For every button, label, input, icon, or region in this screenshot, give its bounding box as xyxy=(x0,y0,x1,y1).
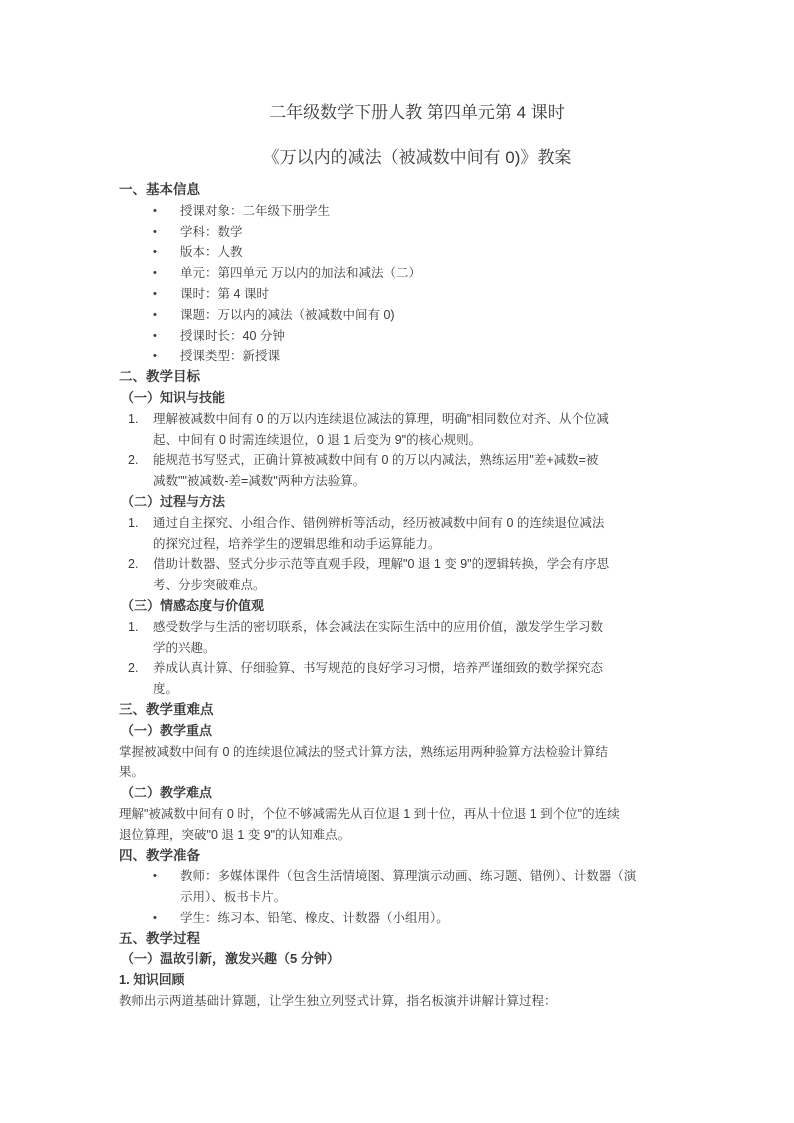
step-title-knowledge-review: 1. 知识回顾 xyxy=(119,970,717,991)
item-number: 2. xyxy=(128,450,153,471)
numbered-item-text: 养成认真计算、仔细验算、书写规范的良好学习习惯，培养严谨细致的数学探究态 度。 xyxy=(153,658,717,700)
item-number: 1. xyxy=(128,617,153,638)
list-item-text: 授课时长：40 分钟 xyxy=(180,326,717,347)
bullet-icon: • xyxy=(153,284,180,305)
list-item-text: 学科：数学 xyxy=(180,222,717,243)
numbered-item: 1. 通过自主探究、小组合作、错例辨析等活动，经历被减数中间有 0 的连续退位减… xyxy=(119,513,717,555)
list-item: • 学科：数学 xyxy=(119,222,717,243)
bullet-icon: • xyxy=(153,201,180,222)
numbered-item-text: 通过自主探究、小组合作、错例辨析等活动，经历被减数中间有 0 的连续退位减法 的… xyxy=(153,513,717,555)
subsection-heading-key-point: （一）教学重点 xyxy=(121,721,717,742)
list-item: • 教师：多媒体课件（包含生活情境图、算理演示动画、练习题、错例）、计数器（演 … xyxy=(119,866,717,908)
list-item: • 授课对象：二年级下册学生 xyxy=(119,201,717,222)
numbered-item-text: 理解被减数中间有 0 的万以内连续退位减法的算理，明确"相同数位对齐、从个位减 … xyxy=(153,409,717,451)
document-page: 二年级数学下册人教 第四单元第 4 课时 《万以内的减法（被减数中间有 0)》教… xyxy=(0,0,794,1123)
doc-title-line1: 二年级数学下册人教 第四单元第 4 课时 xyxy=(97,90,737,135)
knowledge-review-paragraph: 教师出示两道基础计算题，让学生独立列竖式计算，指名板演并讲解计算过程： xyxy=(119,991,717,1012)
numbered-item: 2. 养成认真计算、仔细验算、书写规范的良好学习习惯，培养严谨细致的数学探究态 … xyxy=(119,658,717,700)
list-item: • 课时：第 4 课时 xyxy=(119,284,717,305)
basic-info-list: • 授课对象：二年级下册学生 • 学科：数学 • 版本：人教 • 单元：第四单元… xyxy=(119,201,717,367)
process-methods-list: 1. 通过自主探究、小组合作、错例辨析等活动，经历被减数中间有 0 的连续退位减… xyxy=(119,513,717,596)
list-item: • 单元：第四单元 万以内的加法和减法（二） xyxy=(119,263,717,284)
bullet-icon: • xyxy=(153,326,180,347)
numbered-item: 2. 能规范书写竖式，正确计算被减数中间有 0 的万以内减法，熟练运用"差+减数… xyxy=(119,450,717,492)
item-number: 2. xyxy=(128,554,153,575)
subsection-heading-review-intro: （一）温故引新，激发兴趣（5 分钟） xyxy=(121,949,717,970)
list-item: • 版本：人教 xyxy=(119,242,717,263)
item-number: 2. xyxy=(128,658,153,679)
numbered-item-text: 借助计数器、竖式分步示范等直观手段，理解"0 退 1 变 9"的逻辑转换，学会有… xyxy=(153,554,717,596)
list-item-text: 单元：第四单元 万以内的加法和减法（二） xyxy=(180,263,717,284)
bullet-icon: • xyxy=(153,305,180,326)
numbered-item: 1. 感受数学与生活的密切联系，体会减法在实际生活中的应用价值，激发学生学习数 … xyxy=(119,617,717,659)
subsection-heading-emotion-values: （三）情感态度与价值观 xyxy=(121,596,717,617)
knowledge-skills-list: 1. 理解被减数中间有 0 的万以内连续退位减法的算理，明确"相同数位对齐、从个… xyxy=(119,409,717,492)
section-heading-preparation: 四、教学准备 xyxy=(119,846,717,867)
list-item-text: 课题：万以内的减法（被减数中间有 0) xyxy=(180,305,717,326)
item-number: 1. xyxy=(128,513,153,534)
numbered-item: 2. 借助计数器、竖式分步示范等直观手段，理解"0 退 1 变 9"的逻辑转换，… xyxy=(119,554,717,596)
bullet-icon: • xyxy=(153,242,180,263)
document-content: 二年级数学下册人教 第四单元第 4 课时 《万以内的减法（被减数中间有 0)》教… xyxy=(119,90,717,1012)
section-heading-teaching-goals: 二、教学目标 xyxy=(119,367,717,388)
numbered-item: 1. 理解被减数中间有 0 的万以内连续退位减法的算理，明确"相同数位对齐、从个… xyxy=(119,409,717,451)
list-item-text: 授课对象：二年级下册学生 xyxy=(180,201,717,222)
list-item-text: 版本：人教 xyxy=(180,242,717,263)
list-item-text: 学生：练习本、铅笔、橡皮、计数器（小组用）。 xyxy=(180,908,717,929)
section-heading-basic-info: 一、基本信息 xyxy=(119,180,717,201)
bullet-icon: • xyxy=(153,222,180,243)
list-item: • 课题：万以内的减法（被减数中间有 0) xyxy=(119,305,717,326)
document-body: 一、基本信息 • 授课对象：二年级下册学生 • 学科：数学 • 版本：人教 • … xyxy=(119,180,717,1012)
list-item-text: 课时：第 4 课时 xyxy=(180,284,717,305)
list-item: • 授课时长：40 分钟 xyxy=(119,326,717,347)
difficult-point-paragraph: 理解"被减数中间有 0 时，个位不够减需先从百位退 1 到十位，再从十位退 1 … xyxy=(119,804,717,846)
subsection-heading-knowledge-skills: （一）知识与技能 xyxy=(121,388,717,409)
list-item-text: 教师：多媒体课件（包含生活情境图、算理演示动画、练习题、错例）、计数器（演 示用… xyxy=(180,866,717,908)
numbered-item-text: 能规范书写竖式，正确计算被减数中间有 0 的万以内减法，熟练运用"差+减数=被 … xyxy=(153,450,717,492)
subsection-heading-process-methods: （二）过程与方法 xyxy=(121,492,717,513)
numbered-item-text: 感受数学与生活的密切联系，体会减法在实际生活中的应用价值，激发学生学习数 学的兴… xyxy=(153,617,717,659)
emotion-values-list: 1. 感受数学与生活的密切联系，体会减法在实际生活中的应用价值，激发学生学习数 … xyxy=(119,617,717,700)
bullet-icon: • xyxy=(153,346,180,367)
section-heading-teaching-process: 五、教学过程 xyxy=(119,929,717,950)
subsection-heading-difficult-point: （二）教学难点 xyxy=(121,783,717,804)
list-item: • 授课类型：新授课 xyxy=(119,346,717,367)
bullet-icon: • xyxy=(153,263,180,284)
list-item-text: 授课类型：新授课 xyxy=(180,346,717,367)
list-item: • 学生：练习本、铅笔、橡皮、计数器（小组用）。 xyxy=(119,908,717,929)
key-point-paragraph: 掌握被减数中间有 0 的连续退位减法的竖式计算方法，熟练运用两种验算方法检验计算… xyxy=(119,742,717,784)
bullet-icon: • xyxy=(153,908,180,929)
section-heading-key-difficult-points: 三、教学重难点 xyxy=(119,700,717,721)
doc-title-line2: 《万以内的减法（被减数中间有 0)》教案 xyxy=(97,135,737,180)
item-number: 1. xyxy=(128,409,153,430)
bullet-icon: • xyxy=(153,866,180,887)
preparation-list: • 教师：多媒体课件（包含生活情境图、算理演示动画、练习题、错例）、计数器（演 … xyxy=(119,866,717,928)
